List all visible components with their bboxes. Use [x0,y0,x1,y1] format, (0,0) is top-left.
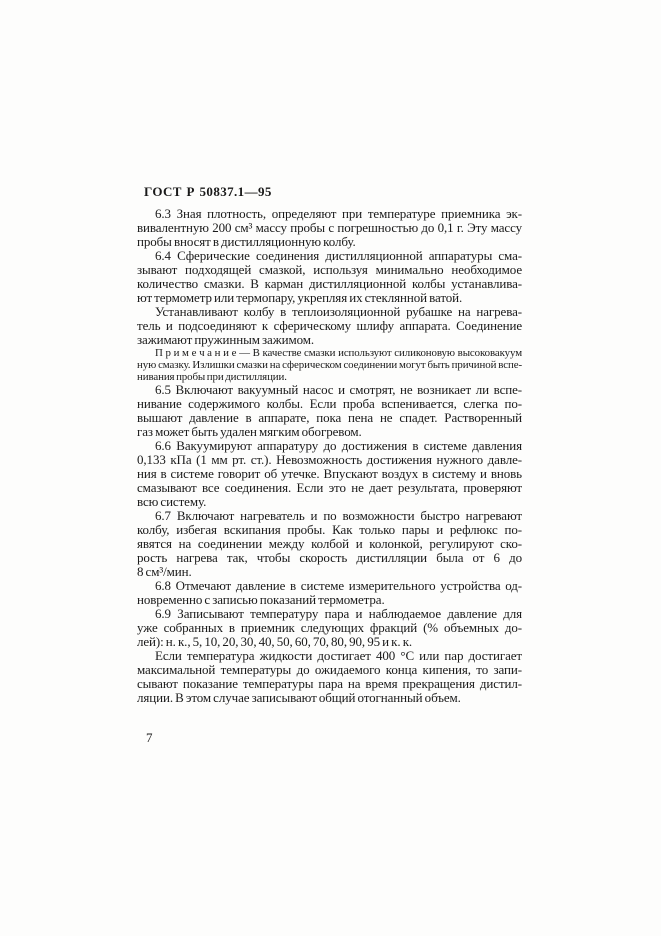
text-column: 6.3 Зная плотность, определяют при темпе… [137,207,522,705]
text-line: пробы вносят в дистилляционную колбу. [137,235,522,249]
text-line: П р и м е ч а н и е — В качестве смазки … [137,347,522,359]
text-line: газ может быть удален мягким обогревом. [137,425,522,439]
body-paragraph: Устанавливают колбу в теплоизоляционной … [137,305,522,347]
text-line: вышают давление в аппарате, пока пена не… [137,411,522,425]
text-line: количество смазки. В карман дистилляцион… [137,277,522,291]
text-line: лей): н. к., 5, 10, 20, 30, 40, 50, 60, … [137,635,522,649]
text-line: Устанавливают колбу в теплоизоляционной … [137,305,522,319]
text-line: ния в системе говорит об утечке. Впускаю… [137,467,522,481]
text-line: 6.8 Отмечают давление в системе измерите… [137,579,522,593]
text-line: сывают показание температуры пара на вре… [137,677,522,691]
body-paragraph: 6.4 Сферические соединения дистилляционн… [137,249,522,305]
text-line: смазывают все соединения. Если это не да… [137,481,522,495]
text-line: 6.5 Включают вакуумный насос и смотрят, … [137,383,522,397]
text-line: ют термометр или термопару, укрепляя их … [137,291,522,305]
text-line: 6.4 Сферические соединения дистилляционн… [137,249,522,263]
document-header-gost-number: ГОСТ Р 50837.1—95 [144,184,272,200]
text-line: максимальной температуры до ожидаемого к… [137,663,522,677]
text-line: нивание содержимого колбы. Если проба вс… [137,397,522,411]
text-line: 6.6 Вакуумируют аппаратуру до достижения… [137,439,522,453]
body-paragraph: 6.5 Включают вакуумный насос и смотрят, … [137,383,522,439]
body-paragraph: 6.9 Записывают температуру пара и наблюд… [137,607,522,649]
text-line: рость нагрева так, чтобы скорость дистил… [137,551,522,565]
text-line: тель и подсоединяют к сферическому шлифу… [137,319,522,333]
text-line: зывают подходящей смазкой, используя мин… [137,263,522,277]
text-line: 6.9 Записывают температуру пара и наблюд… [137,607,522,621]
text-line: уже собранных в приемник следующих фракц… [137,621,522,635]
text-line: 6.3 Зная плотность, определяют при темпе… [137,207,522,221]
text-line: вивалентную 200 см³ массу пробы с погреш… [137,221,522,235]
body-paragraph: 6.8 Отмечают давление в системе измерите… [137,579,522,607]
text-line: ляции. В этом случае записывают общий от… [137,691,522,705]
text-line: зажимают пружинным зажимом. [137,333,522,347]
text-line: колбу, избегая вскипания пробы. Как толь… [137,523,522,537]
text-line: явятся на соединении между колбой и коло… [137,537,522,551]
text-line: всю систему. [137,495,522,509]
body-paragraph: 6.3 Зная плотность, определяют при темпе… [137,207,522,249]
text-line: 0,133 кПа (1 мм рт. ст.). Невозможность … [137,453,522,467]
scanned-document-page: { "page": { "header": "ГОСТ Р 50837.1—95… [0,0,661,936]
text-line: 8 см³/мин. [137,565,522,579]
body-paragraph: 6.7 Включают нагреватель и по возможност… [137,509,522,579]
text-line: новременно с записью показаний термометр… [137,593,522,607]
body-paragraph: Если температура жидкости достигает 400 … [137,649,522,705]
note-paragraph: П р и м е ч а н и е — В качестве смазки … [137,347,522,383]
text-line: ную смазку. Излишки смазки на сферическо… [137,359,522,371]
body-paragraph: 6.6 Вакуумируют аппаратуру до достижения… [137,439,522,509]
text-line: Если температура жидкости достигает 400 … [137,649,522,663]
text-line: 6.7 Включают нагреватель и по возможност… [137,509,522,523]
page-number: 7 [146,730,153,746]
